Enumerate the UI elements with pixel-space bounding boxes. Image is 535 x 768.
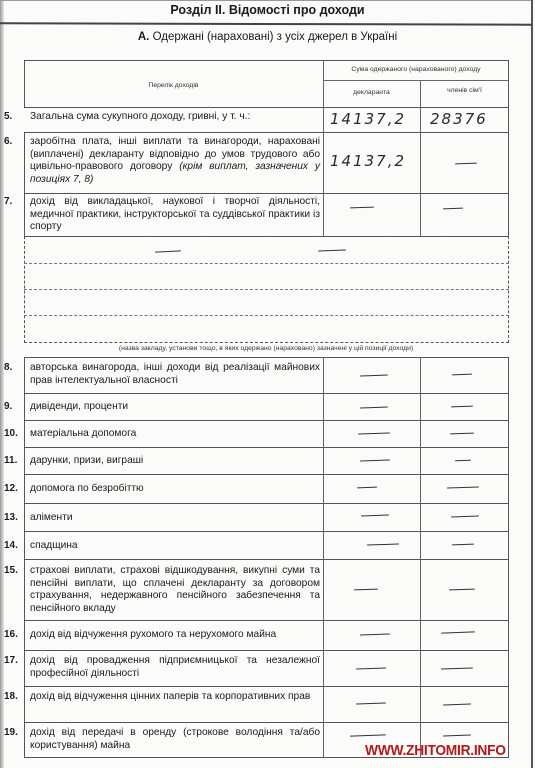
column-divider bbox=[323, 420, 324, 447]
row-description-text: спадщина bbox=[30, 540, 78, 551]
row-description: дарунки, призи, виграші bbox=[30, 455, 320, 468]
column-divider bbox=[323, 686, 324, 722]
watermark: WWW.ZHITOMIR.INFO bbox=[365, 742, 506, 759]
row-description-text: дарунки, призи, виграші bbox=[30, 455, 143, 466]
header-sum-label: Сума одержаного (нарахованого) доходу bbox=[323, 66, 509, 73]
family-value: 28376 bbox=[430, 110, 488, 128]
column-divider bbox=[323, 357, 324, 393]
column-divider bbox=[420, 474, 421, 503]
column-divider bbox=[323, 447, 324, 474]
row-number: 16. bbox=[4, 629, 22, 640]
institution-line bbox=[24, 289, 509, 290]
column-divider bbox=[420, 447, 421, 474]
column-divider bbox=[323, 193, 324, 236]
row-description-text: авторська винагорода, інші доходи від ре… bbox=[30, 362, 320, 386]
row-number: 12. bbox=[4, 483, 22, 494]
institution-line bbox=[24, 315, 509, 316]
row-description: дохід від викладацької, наукової і творч… bbox=[30, 196, 320, 234]
row-number: 13. bbox=[4, 512, 22, 523]
column-divider bbox=[420, 107, 421, 132]
column-divider bbox=[420, 650, 421, 686]
column-divider bbox=[323, 132, 324, 193]
row-description: страхові виплати, страхові відшкодування… bbox=[30, 565, 320, 615]
row-description: аліменти bbox=[30, 512, 320, 525]
title-divider bbox=[0, 22, 532, 25]
row-description-text: дивіденди, проценти bbox=[30, 401, 128, 412]
row-description-text: дохід від провадження підприємницької та… bbox=[30, 655, 320, 679]
row-description: Загальна сума сукупного доходу, гривні, … bbox=[30, 111, 320, 124]
column-divider bbox=[420, 357, 421, 393]
row-number: 18. bbox=[4, 691, 22, 702]
row-number: 17. bbox=[4, 655, 22, 666]
column-divider bbox=[420, 420, 421, 447]
row-number: 7. bbox=[4, 196, 22, 207]
subsection-title: А. Одержані (нараховані) з усіх джерел в… bbox=[0, 31, 535, 43]
row-description-text: дохід від викладацької, наукової і творч… bbox=[30, 196, 320, 232]
row-description: дохід від відчуження цінних паперів та к… bbox=[30, 691, 320, 704]
column-divider bbox=[420, 132, 421, 193]
section-title: Розділ ІІ. Відомості про доходи bbox=[0, 3, 535, 17]
row-description-text: дохід від відчуження рухомого та нерухом… bbox=[30, 629, 276, 640]
row-description: дохід від відчуження рухомого та нерухом… bbox=[30, 629, 320, 642]
column-divider bbox=[420, 559, 421, 620]
row-number: 8. bbox=[4, 362, 22, 373]
column-divider bbox=[323, 107, 324, 132]
header-family-divider bbox=[420, 80, 421, 108]
column-divider bbox=[323, 503, 324, 531]
row-number: 11. bbox=[4, 455, 22, 466]
header-family-label: членів сім'ї bbox=[420, 87, 509, 94]
row-number: 5. bbox=[4, 111, 22, 122]
column-divider bbox=[323, 722, 324, 757]
row-number: 19. bbox=[4, 727, 22, 738]
column-divider bbox=[420, 193, 421, 236]
column-divider bbox=[323, 531, 324, 559]
header-declarant-label: декларанта bbox=[323, 89, 420, 96]
row-number: 10. bbox=[4, 428, 22, 439]
row-description: допомога по безробіттю bbox=[30, 483, 320, 496]
row-description: дивіденди, проценти bbox=[30, 401, 320, 414]
row-description-text: дохід від передачі в оренду (строкове во… bbox=[30, 727, 320, 751]
row-description: дохід від передачі в оренду (строкове во… bbox=[30, 727, 320, 752]
declarant-value: 14137,2 bbox=[330, 152, 406, 170]
row-description-text: Загальна сума сукупного доходу, гривні, … bbox=[30, 111, 250, 122]
column-divider bbox=[323, 474, 324, 503]
column-divider bbox=[323, 393, 324, 420]
row-number: 9. bbox=[4, 401, 22, 412]
row-description-text: страхові виплати, страхові відшкодування… bbox=[30, 565, 320, 614]
header-row-divider bbox=[323, 80, 509, 81]
page-border-right bbox=[531, 0, 533, 768]
column-divider bbox=[420, 620, 421, 650]
row-description-text: дохід від відчуження цінних паперів та к… bbox=[30, 691, 310, 702]
column-divider bbox=[420, 503, 421, 531]
header-list-label: Перелік доходів bbox=[24, 82, 323, 89]
column-divider bbox=[323, 559, 324, 620]
row-number: 15. bbox=[4, 565, 22, 576]
row-description: авторська винагорода, інші доходи від ре… bbox=[30, 362, 320, 387]
row-description-text: аліменти bbox=[30, 512, 73, 523]
row-description: спадщина bbox=[30, 540, 320, 553]
row-description-text: матеріальна допомога bbox=[30, 428, 136, 439]
subsection-letter: А. bbox=[138, 31, 150, 43]
column-divider bbox=[420, 531, 421, 559]
declarant-value: 14137,2 bbox=[330, 110, 406, 128]
row-description: заробітна плата, інші виплати та винагор… bbox=[30, 136, 320, 186]
institution-line bbox=[24, 263, 509, 264]
institution-caption: (назва закладу, установи тощо, в яких од… bbox=[24, 345, 508, 352]
subsection-text: Одержані (нараховані) з усіх джерел в Ук… bbox=[153, 31, 398, 43]
column-divider bbox=[323, 650, 324, 686]
row-description: матеріальна допомога bbox=[30, 428, 320, 441]
row-number: 14. bbox=[4, 540, 22, 551]
row-description: дохід від провадження підприємницької та… bbox=[30, 655, 320, 680]
row-description-text: допомога по безробіттю bbox=[30, 483, 144, 494]
column-divider bbox=[420, 393, 421, 420]
column-divider bbox=[323, 620, 324, 650]
row-number: 6. bbox=[4, 136, 22, 147]
column-divider bbox=[420, 686, 421, 722]
top-border bbox=[0, 0, 532, 1]
